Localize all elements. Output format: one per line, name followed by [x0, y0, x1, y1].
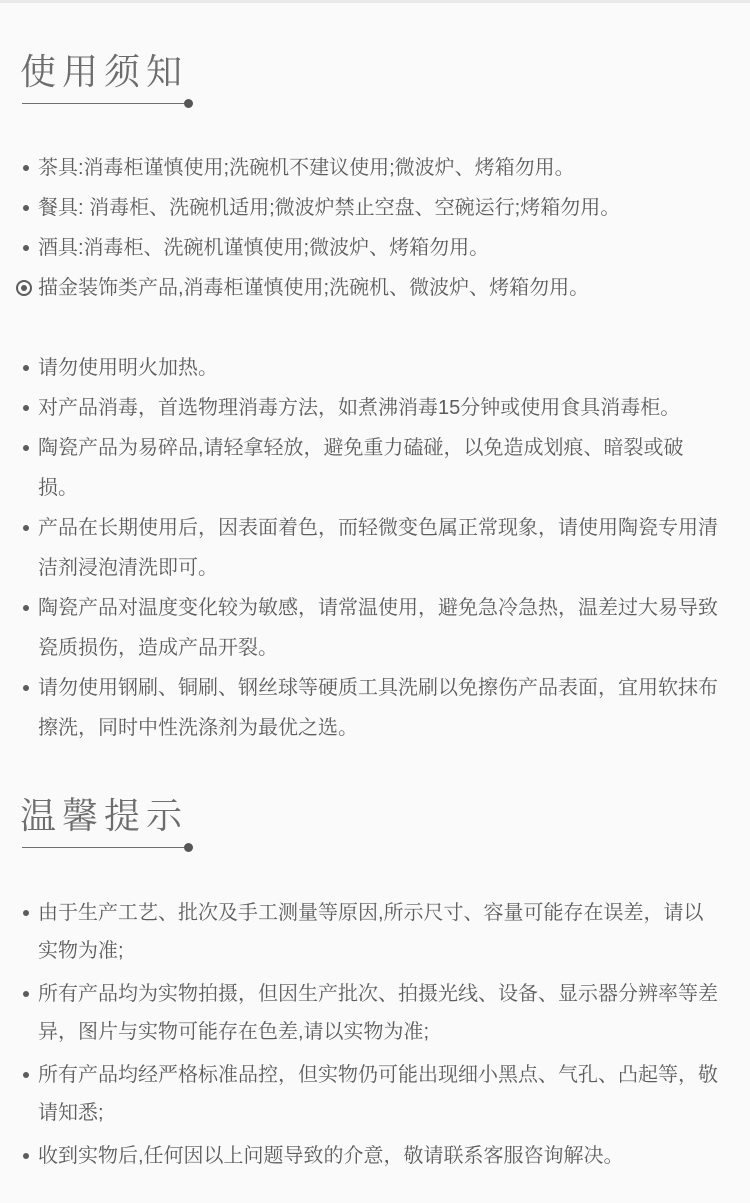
dot-bullet-icon: [23, 1072, 29, 1078]
underline-dot-icon: [184, 99, 193, 108]
section-header: 使用须知: [20, 50, 722, 104]
section-title: 温馨提示: [20, 794, 722, 838]
dot-bullet-icon: [23, 605, 29, 611]
list-item-text: 收到实物后,任何因以上问题导致的介意，敬请联系客服咨询解决。: [38, 1145, 624, 1167]
dot-bullet-icon: [23, 991, 29, 997]
list-item-text: 陶瓷产品对温度变化较为敏感，请常温使用，避免急冷急热，温差过大易导致瓷质损伤，造…: [38, 597, 718, 659]
list-item: 陶瓷产品为易碎品,请轻拿轻放，避免重力磕碰，以免造成划痕、暗裂或破损。: [20, 428, 722, 508]
dot-bullet-icon: [23, 910, 29, 916]
list-item: 所有产品均经严格标准品控，但实物仍可能出现细小黑点、气孔、凸起等，敬请知悉;: [20, 1056, 722, 1132]
list-item-text: 请勿使用明火加热。: [38, 357, 218, 379]
list-item: 酒具:消毒柜、洗碗机谨慎使用;微波炉、烤箱勿用。: [20, 228, 722, 268]
section-header: 温馨提示: [20, 794, 722, 848]
title-underline: [22, 103, 184, 104]
dot-bullet-icon: [23, 445, 29, 451]
list-item-text: 所有产品均经严格标准品控，但实物仍可能出现细小黑点、气孔、凸起等，敬请知悉;: [38, 1064, 718, 1124]
list-item: 所有产品均为实物拍摄，但因生产批次、拍摄光线、设备、显示器分辨率等差异，图片与实…: [20, 975, 722, 1051]
list-item-text: 餐具: 消毒柜、洗碗机适用;微波炉禁止空盘、空碗运行;烤箱勿用。: [38, 197, 620, 219]
product-notice-page: 使用须知 茶具:消毒柜谨慎使用;洗碗机不建议使用;微波炉、烤箱勿用。 餐具: 消…: [0, 3, 750, 1175]
fisheye-bullet-icon: [16, 280, 32, 296]
list-item-text: 酒具:消毒柜、洗碗机谨慎使用;微波炉、烤箱勿用。: [38, 237, 489, 259]
dot-bullet-icon: [23, 245, 29, 251]
dot-bullet-icon: [23, 165, 29, 171]
list-item-text: 描金装饰类产品,消毒柜谨慎使用;洗碗机、微波炉、烤箱勿用。: [38, 277, 589, 299]
list-item: 由于生产工艺、批次及手工测量等原因,所示尺寸、容量可能存在误差，请以实物为准;: [20, 894, 722, 970]
dot-bullet-icon: [23, 525, 29, 531]
list-item: 请勿使用钢刷、铜刷、钢丝球等硬质工具洗刷以免擦伤产品表面，宜用软抹布擦洗，同时中…: [20, 668, 722, 748]
dot-bullet-icon: [23, 1153, 29, 1159]
list-item-text: 茶具:消毒柜谨慎使用;洗碗机不建议使用;微波炉、烤箱勿用。: [38, 157, 575, 179]
dot-bullet-icon: [23, 365, 29, 371]
list-item: 陶瓷产品对温度变化较为敏感，请常温使用，避免急冷急热，温差过大易导致瓷质损伤，造…: [20, 588, 722, 668]
list-item: 茶具:消毒柜谨慎使用;洗碗机不建议使用;微波炉、烤箱勿用。: [20, 148, 722, 188]
dot-bullet-icon: [23, 205, 29, 211]
dot-bullet-icon: [23, 405, 29, 411]
underline-dot-icon: [184, 843, 193, 852]
list-item-text: 所有产品均为实物拍摄，但因生产批次、拍摄光线、设备、显示器分辨率等差异，图片与实…: [38, 983, 718, 1043]
usage-list-tableware: 茶具:消毒柜谨慎使用;洗碗机不建议使用;微波炉、烤箱勿用。 餐具: 消毒柜、洗碗…: [20, 148, 722, 308]
list-item-text: 对产品消毒，首选物理消毒方法，如煮沸消毒15分钟或使用食具消毒柜。: [38, 397, 680, 419]
section-usage-notice: 使用须知 茶具:消毒柜谨慎使用;洗碗机不建议使用;微波炉、烤箱勿用。 餐具: 消…: [20, 3, 722, 748]
dot-bullet-icon: [23, 685, 29, 691]
list-item: 对产品消毒，首选物理消毒方法，如煮沸消毒15分钟或使用食具消毒柜。: [20, 388, 722, 428]
list-item: 请勿使用明火加热。: [20, 348, 722, 388]
usage-list-care: 请勿使用明火加热。 对产品消毒，首选物理消毒方法，如煮沸消毒15分钟或使用食具消…: [20, 348, 722, 748]
list-item-text: 陶瓷产品为易碎品,请轻拿轻放，避免重力磕碰，以免造成划痕、暗裂或破损。: [38, 437, 684, 499]
list-item: 描金装饰类产品,消毒柜谨慎使用;洗碗机、微波炉、烤箱勿用。: [20, 268, 722, 308]
list-item-text: 由于生产工艺、批次及手工测量等原因,所示尺寸、容量可能存在误差，请以实物为准;: [38, 902, 704, 962]
section-warm-tips: 温馨提示 由于生产工艺、批次及手工测量等原因,所示尺寸、容量可能存在误差，请以实…: [20, 748, 722, 1175]
warm-tips-list: 由于生产工艺、批次及手工测量等原因,所示尺寸、容量可能存在误差，请以实物为准; …: [20, 894, 722, 1175]
list-item: 餐具: 消毒柜、洗碗机适用;微波炉禁止空盘、空碗运行;烤箱勿用。: [20, 188, 722, 228]
list-item: 产品在长期使用后，因表面着色，而轻微变色属正常现象，请使用陶瓷专用清洁剂浸泡清洗…: [20, 508, 722, 588]
list-item: 收到实物后,任何因以上问题导致的介意，敬请联系客服咨询解决。: [20, 1137, 722, 1175]
section-title: 使用须知: [20, 50, 722, 94]
list-item-text: 请勿使用钢刷、铜刷、钢丝球等硬质工具洗刷以免擦伤产品表面，宜用软抹布擦洗，同时中…: [38, 677, 718, 739]
title-underline: [22, 847, 184, 848]
list-item-text: 产品在长期使用后，因表面着色，而轻微变色属正常现象，请使用陶瓷专用清洁剂浸泡清洗…: [38, 517, 718, 579]
